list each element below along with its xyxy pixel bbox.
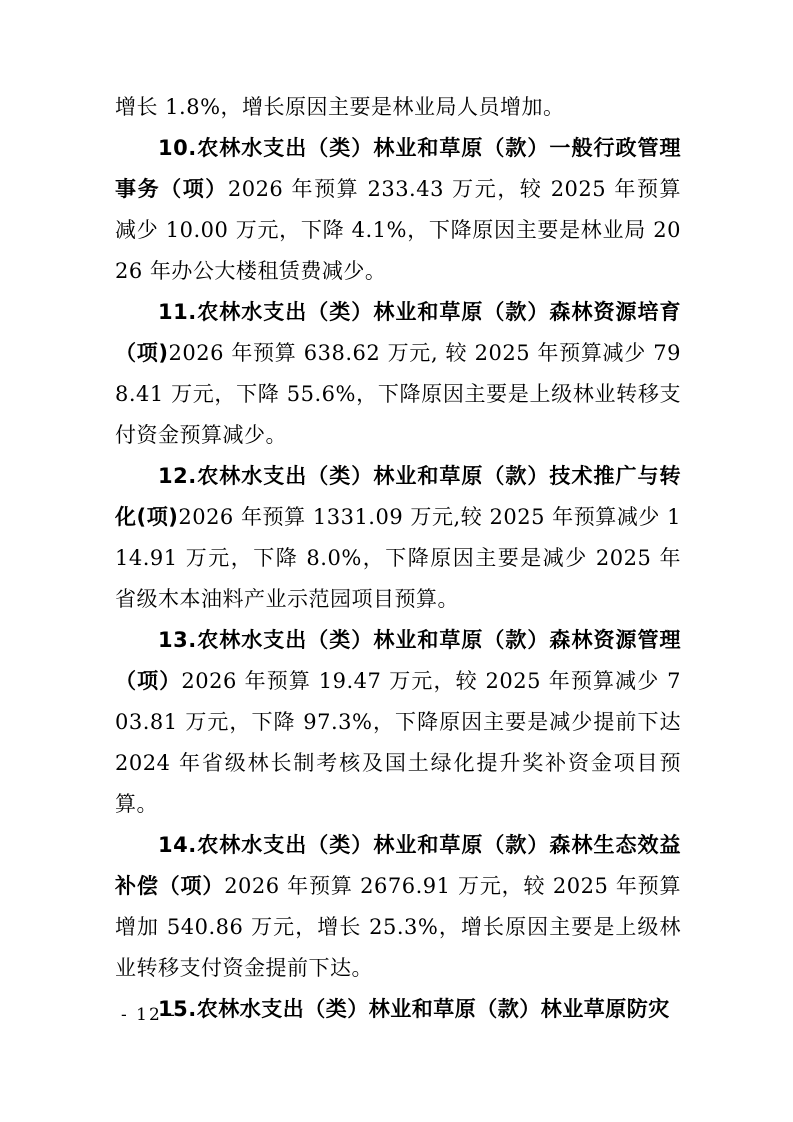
budget-item-15-heading: 15.农林水支出（类）林业和草原（款）林业草原防灾 [158,997,670,1021]
page-content: 增长 1.8%，增长原因主要是林业局人员增加。 10.农林水支出（类）林业和草原… [115,87,681,1030]
budget-item-12-text: 2026 年预算 1331.09 万元,较 2025 年预算减少 114.91 … [115,505,681,611]
budget-item-14: 14.农林水支出（类）林业和草原（款）森林生态效益补偿（项）2026 年预算 2… [115,825,681,989]
budget-item-15: 15.农林水支出（类）林业和草原（款）林业草原防灾 [115,989,681,1030]
budget-item-10: 10.农林水支出（类）林业和草原（款）一般行政管理事务（项）2026 年预算 2… [115,128,681,292]
budget-item-13-text: 2026 年预算 19.47 万元，较 2025 年预算减少 703.81 万元… [115,669,681,816]
page-number: - 12 - [121,1003,177,1027]
document-page: 增长 1.8%，增长原因主要是林业局人员增加。 10.农林水支出（类）林业和草原… [0,0,793,1122]
budget-item-12: 12.农林水支出（类）林业和草原（款）技术推广与转化(项)2026 年预算 13… [115,456,681,620]
budget-item-13: 13.农林水支出（类）林业和草原（款）森林资源管理（项）2026 年预算 19.… [115,620,681,825]
continuation-paragraph: 增长 1.8%，增长原因主要是林业局人员增加。 [115,87,681,128]
budget-item-11: 11.农林水支出（类）林业和草原（款）森林资源培育（项)2026 年预算 638… [115,292,681,456]
paragraph-text: 增长 1.8%，增长原因主要是林业局人员增加。 [115,95,565,119]
budget-item-11-text: 2026 年预算 638.62 万元, 较 2025 年预算减少 798.41 … [115,341,681,447]
